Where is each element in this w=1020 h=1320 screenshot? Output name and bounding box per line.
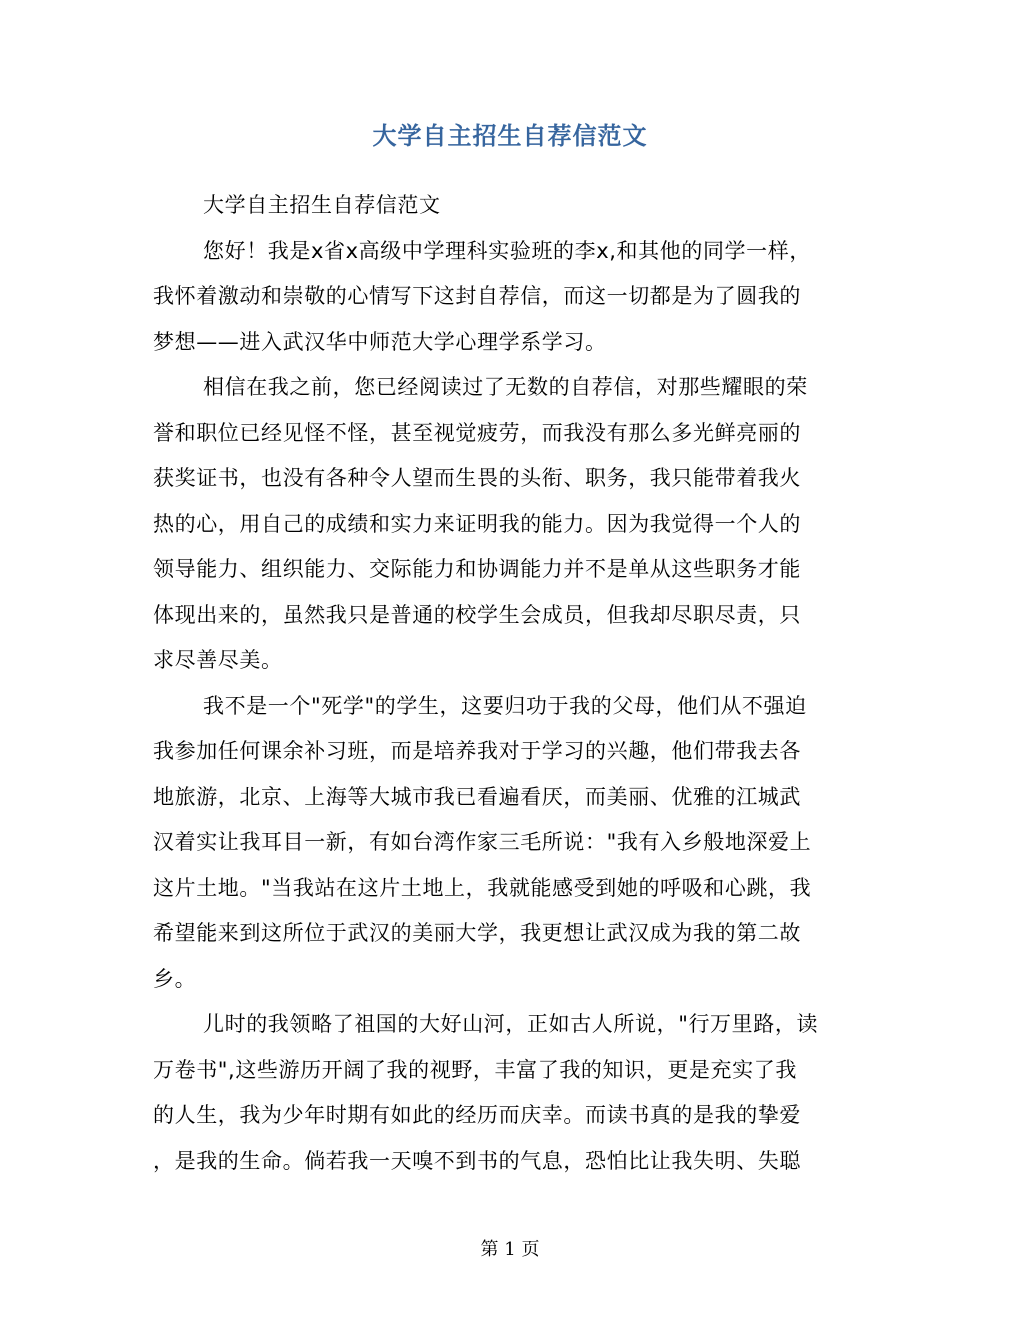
- paragraph-line: 热的心，用自己的成绩和实力来证明我的能力。因为我觉得一个人的: [153, 502, 865, 548]
- paragraph-line: 乡。: [153, 957, 865, 1003]
- page-number: 第 1 页: [0, 1235, 1020, 1261]
- paragraph: 儿时的我领略了祖国的大好山河，正如古人所说，"行万里路，读 万卷书",这些游历开…: [153, 1002, 865, 1184]
- paragraph-line: 大学自主招生自荐信范文: [153, 183, 865, 229]
- paragraph-line: 这片土地。"当我站在这片土地上，我就能感受到她的呼吸和心跳，我: [153, 866, 865, 912]
- paragraph-line: 获奖证书，也没有各种令人望而生畏的头衔、职务，我只能带着我火: [153, 456, 865, 502]
- document-body: 大学自主招生自荐信范文 您好！我是x省x高级中学理科实验班的李x,和其他的同学一…: [153, 183, 865, 1184]
- paragraph-line: 万卷书",这些游历开阔了我的视野，丰富了我的知识，更是充实了我: [153, 1048, 865, 1094]
- paragraph-line: 的人生，我为少年时期有如此的经历而庆幸。而读书真的是我的挚爱: [153, 1093, 865, 1139]
- paragraph-line: ，是我的生命。倘若我一天嗅不到书的气息，恐怕比让我失明、失聪: [153, 1139, 865, 1185]
- paragraph-line: 我不是一个"死学"的学生，这要归功于我的父母，他们从不强迫: [153, 684, 865, 730]
- paragraph-line: 我参加任何课余补习班，而是培养我对于学习的兴趣，他们带我去各: [153, 729, 865, 775]
- paragraph: 相信在我之前，您已经阅读过了无数的自荐信，对那些耀眼的荣 誉和职位已经见怪不怪，…: [153, 365, 865, 684]
- document-title: 大学自主招生自荐信范文: [0, 118, 1020, 154]
- paragraph-line: 儿时的我领略了祖国的大好山河，正如古人所说，"行万里路，读: [153, 1002, 865, 1048]
- paragraph: 我不是一个"死学"的学生，这要归功于我的父母，他们从不强迫 我参加任何课余补习班…: [153, 684, 865, 1003]
- paragraph-line: 求尽善尽美。: [153, 638, 865, 684]
- document-page: 大学自主招生自荐信范文 大学自主招生自荐信范文 您好！我是x省x高级中学理科实验…: [0, 0, 1020, 1320]
- paragraph-line: 汉着实让我耳目一新，有如台湾作家三毛所说："我有入乡般地深爱上: [153, 820, 865, 866]
- paragraph-line: 领导能力、组织能力、交际能力和协调能力并不是单从这些职务才能: [153, 547, 865, 593]
- paragraph-line: 希望能来到这所位于武汉的美丽大学，我更想让武汉成为我的第二故: [153, 911, 865, 957]
- paragraph-line: 您好！我是x省x高级中学理科实验班的李x,和其他的同学一样，: [153, 229, 865, 275]
- paragraph: 大学自主招生自荐信范文: [153, 183, 865, 229]
- paragraph: 您好！我是x省x高级中学理科实验班的李x,和其他的同学一样， 我怀着激动和崇敬的…: [153, 229, 865, 366]
- paragraph-line: 梦想——进入武汉华中师范大学心理学系学习。: [153, 320, 865, 366]
- paragraph-line: 体现出来的，虽然我只是普通的校学生会成员，但我却尽职尽责，只: [153, 593, 865, 639]
- paragraph-line: 相信在我之前，您已经阅读过了无数的自荐信，对那些耀眼的荣: [153, 365, 865, 411]
- paragraph-line: 我怀着激动和崇敬的心情写下这封自荐信，而这一切都是为了圆我的: [153, 274, 865, 320]
- paragraph-line: 地旅游，北京、上海等大城市我已看遍看厌，而美丽、优雅的江城武: [153, 775, 865, 821]
- paragraph-line: 誉和职位已经见怪不怪，甚至视觉疲劳，而我没有那么多光鲜亮丽的: [153, 411, 865, 457]
